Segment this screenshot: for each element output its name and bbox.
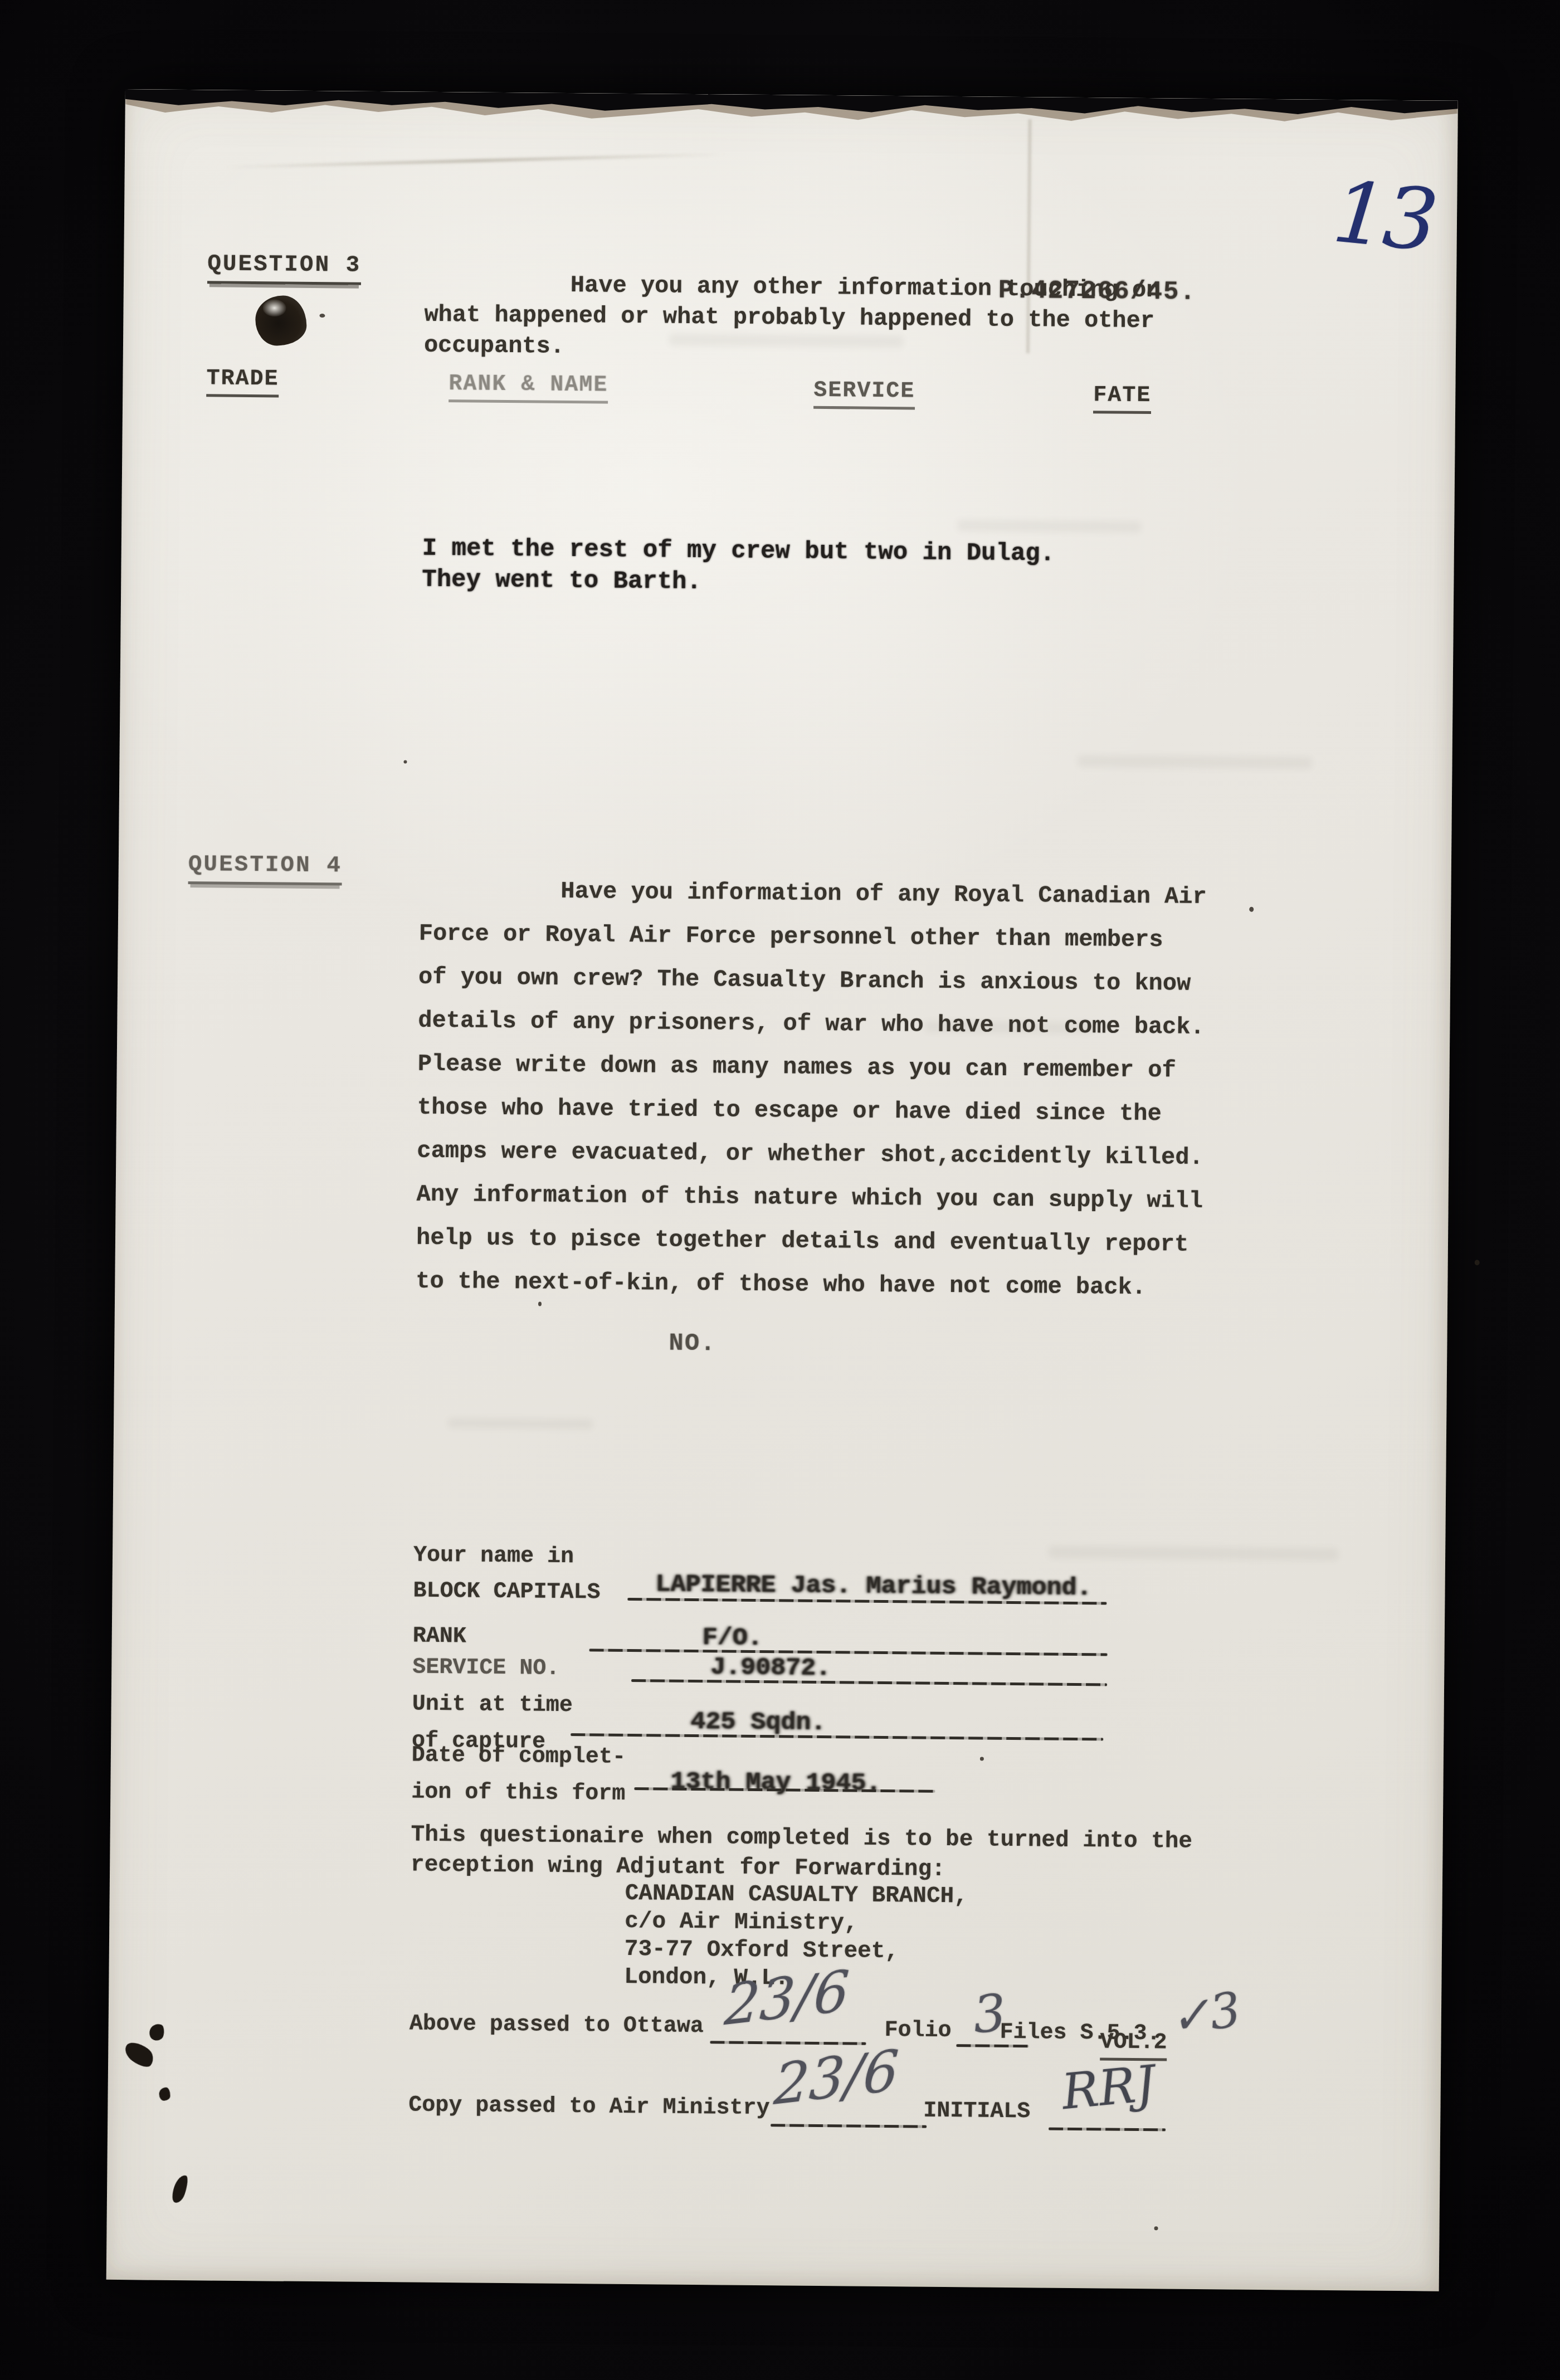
question4-answer: NO. — [669, 1330, 716, 1358]
ink-speck — [319, 314, 325, 318]
ink-blot — [169, 2173, 190, 2205]
bleed-through-mark — [957, 520, 1141, 533]
files-value-handwritten: ✓3 — [1167, 1982, 1244, 2046]
initials-value-handwritten: RRJ — [1059, 2055, 1158, 2121]
paper-speck — [1249, 907, 1254, 912]
bleed-through-mark — [1049, 1546, 1338, 1561]
table-header-service: SERVICE — [813, 378, 915, 410]
air-ministry-rule — [771, 2124, 927, 2128]
air-ministry-label: Copy passed to Air Ministry — [408, 2093, 769, 2121]
rank-rule — [589, 1649, 1108, 1656]
bleed-through-mark — [925, 1021, 1092, 1034]
paper-speck — [538, 1302, 542, 1306]
initials-rule — [1049, 2128, 1166, 2132]
question3-label: QUESTION 3 — [207, 251, 362, 285]
forwarding-instructions: This questionaire when completed is to b… — [411, 1820, 1275, 1888]
paper-speck — [1475, 1260, 1480, 1265]
bleed-through-mark — [1078, 755, 1312, 769]
paper-crease — [225, 153, 727, 169]
unit-value: 425 Sqdn. — [690, 1708, 826, 1737]
date-label: Date of complet- ion of this form — [411, 1738, 626, 1813]
ink-blot — [121, 2037, 158, 2071]
table-header-trade: TRADE — [206, 366, 279, 397]
ink-blot — [159, 2088, 170, 2101]
rank-label: RANK — [413, 1624, 466, 1650]
service-no-label: SERVICE NO. — [412, 1655, 559, 1681]
service-no-value: J.90872. — [710, 1653, 831, 1682]
ottawa-label: Above passed to Ottawa — [409, 2012, 704, 2040]
paper-speck — [403, 760, 407, 763]
document-page: P.427266/45. 13 QUESTION 3 Have you any … — [106, 89, 1458, 2291]
initials-label: INITIALS — [923, 2099, 1030, 2125]
question4-text: Have you information of any Royal Canadi… — [416, 869, 1289, 1311]
question3-answer: I met the rest of my crew but two in Dul… — [422, 533, 1055, 601]
air-ministry-date-handwritten: 23/6 — [772, 2038, 900, 2118]
question4-label: QUESTION 4 — [188, 852, 343, 885]
name-field-value: LAPIERRE Jas. Marius Raymond. — [655, 1570, 1092, 1602]
date-value: 13th May 1945. — [670, 1768, 881, 1798]
table-header-fate: FATE — [1093, 383, 1151, 414]
paper-speck — [980, 1757, 984, 1761]
table-header-rank-name: RANK & NAME — [448, 372, 608, 403]
bleed-through-mark — [448, 1418, 593, 1429]
service-no-rule — [631, 1679, 1107, 1686]
photo-background: P.427266/45. 13 QUESTION 3 Have you any … — [0, 0, 1560, 2380]
unit-rule — [571, 1733, 1103, 1740]
ink-blot — [148, 2022, 166, 2042]
bleed-through-mark — [669, 334, 903, 348]
name-field-label: Your name in BLOCK CAPITALS — [413, 1538, 601, 1611]
hole-punch — [255, 295, 307, 346]
page-number-handwritten: 13 — [1329, 162, 1439, 270]
question3-text: Have you any other information touching … — [424, 269, 1260, 368]
rank-value: F/O. — [703, 1623, 763, 1652]
ottawa-date-handwritten: 23/6 — [723, 1958, 851, 2038]
paper-speck — [1154, 2226, 1158, 2230]
